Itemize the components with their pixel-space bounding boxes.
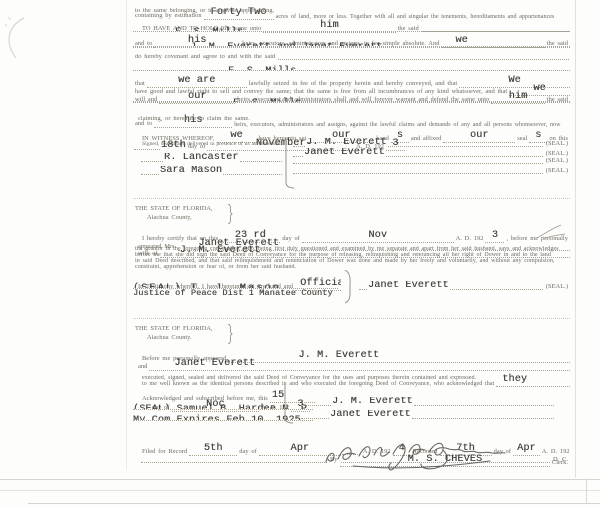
signer-seal-row-4: (SEAL.) [292, 168, 570, 175]
state-line-1: THE STATE OF FLORIDA, [133, 206, 570, 213]
officer-name-line: (SEAL) T. J. Mason [133, 277, 338, 289]
state-line-2: THE STATE OF FLORIDA, [133, 326, 570, 333]
section-separator-1 [133, 198, 570, 199]
officer-title-line: Justice of Peace Dist 1 Manatee County F… [133, 289, 338, 298]
county-line-2: Alachua County. [145, 335, 582, 342]
page-bottom-line-2 [0, 490, 600, 491]
joint-signer-row-1: J. M. Everett [300, 397, 555, 407]
witness-row-1: R. Lancaster [140, 153, 283, 163]
page-corner-line [586, 479, 587, 503]
seal-label: (SEAL.) [544, 168, 570, 175]
printed-county-1: Alachua County, [145, 215, 194, 222]
presence-line: Signed, sealed and delivered in presence… [140, 141, 288, 147]
binding-mark [2, 16, 32, 62]
typed-dower-signer: Janet Everett [368, 281, 449, 291]
typed-signer-janet-everett: Janet Everett [304, 148, 385, 158]
printed-dc-label: D. C. [551, 457, 570, 464]
page-bottom-line-3 [28, 503, 600, 504]
signer-seal-row-2: Janet Everett (SEAL.) [292, 148, 570, 158]
typed-witness-lancaster: R. Lancaster [164, 153, 239, 163]
signer-seal-row-1: J. M. Everett (SEAL.) [292, 138, 570, 148]
typed-filed-month: Apr [290, 443, 309, 454]
deed-scan-page: containing by estimation Forty Two acres… [0, 0, 600, 506]
printed-dower-body-4: constraint, apprehension or fear of, or … [133, 264, 298, 270]
printed-day-of-r1: day of [237, 449, 259, 456]
blank-rule-1 [133, 43, 570, 48]
clerk-signature [320, 440, 510, 472]
typed-commission: My Com Expires Feb 10, 1925 [133, 415, 301, 421]
ledger-margin-line [126, 0, 127, 470]
signer-seal-row-3: (SEAL.) [292, 158, 570, 165]
seal-label: (SEAL.) [544, 158, 570, 165]
page-edge-line [575, 0, 576, 478]
testimony-bracket [344, 270, 354, 304]
claiming-line: claiming, or hereafter to claim the same… [136, 116, 573, 123]
printed-county-2: Alachua County. [145, 335, 194, 342]
printed-state-2: THE STATE OF FLORIDA, [133, 326, 215, 333]
page-bottom-line-1 [0, 479, 600, 480]
printed-state-1: THE STATE OF FLORIDA, [133, 206, 215, 213]
pen-flourish [536, 224, 568, 240]
section-separator-2 [133, 318, 570, 319]
printed-presence: Signed, sealed and delivered in presence… [140, 141, 283, 147]
typed-signer-jm-everett: J. M. Everett [306, 138, 387, 148]
dower-signer-row: Janet Everett (SEAL.) [358, 281, 570, 291]
typed-filed-day: 5th [204, 443, 223, 454]
blank-rule-2 [133, 97, 570, 102]
typed-joint-signer-2: Janet Everett [330, 410, 411, 420]
printed-filed-label: Filed for Record [140, 449, 189, 456]
typed-officer-title: Justice of Peace Dist 1 Manatee County F… [133, 289, 338, 298]
joint-signer-row-2: Janet Everett [300, 410, 555, 420]
county-line-1: Alachua County, [145, 215, 582, 222]
executed-line: executed, signed, sealed and delivered t… [140, 375, 577, 381]
witness-row-2: Sara Mason [140, 166, 283, 176]
printed-claiming: claiming, or hereafter to claim the same… [136, 116, 252, 123]
typed-witness-mason: Sara Mason [160, 166, 222, 176]
printed-executed: executed, signed, sealed and delivered t… [140, 375, 478, 381]
ack-joint-bracket [282, 385, 294, 425]
typed-joint-signer-1: J. M. Everett [332, 397, 413, 407]
seal-label: (SEAL.) [544, 284, 570, 291]
